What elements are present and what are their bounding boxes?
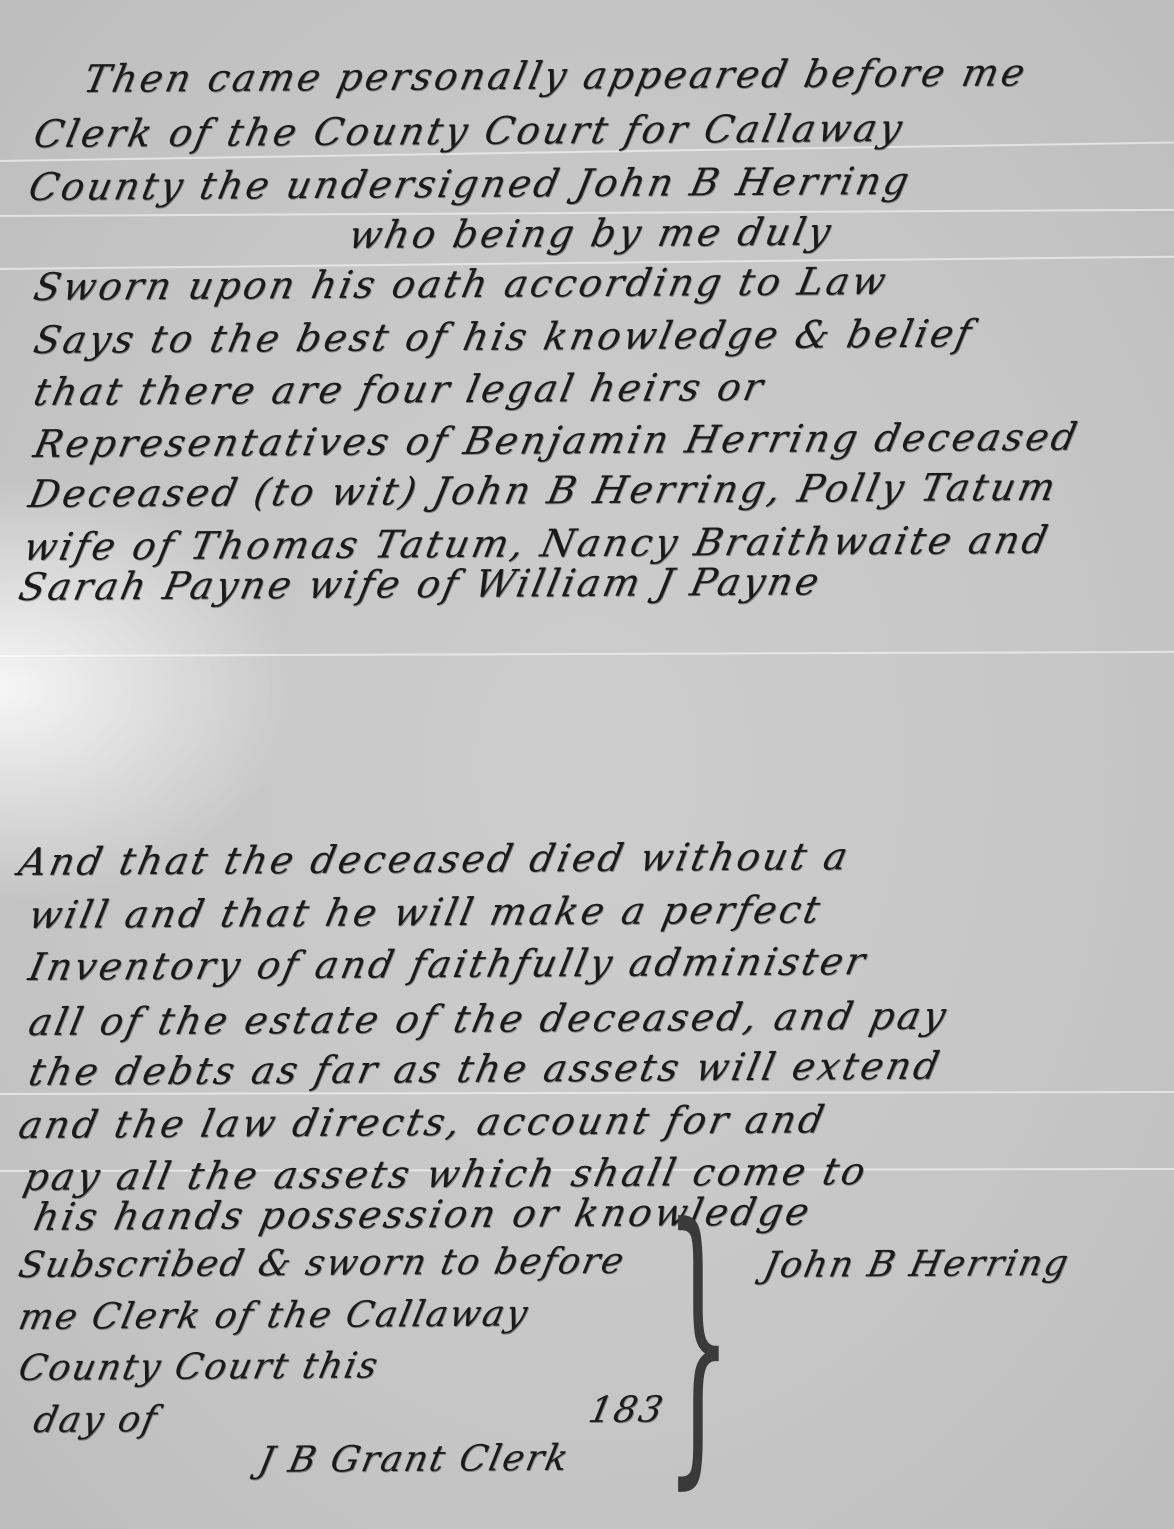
jurat-line: Subscribed & sworn to before: [15, 1241, 629, 1286]
affidavit-line: Sworn upon his oath according to Law: [30, 259, 893, 309]
affidavit-line: County the undersigned John B Herring: [25, 159, 916, 209]
affidavit-line: Representatives of Benjamin Herring dece…: [30, 415, 1084, 466]
clerk-signature: J B Grant Clerk: [255, 1438, 574, 1481]
oath-line: And that the deceased died without a: [15, 834, 854, 884]
document-page: Then came personally appeared before me …: [0, 0, 1174, 1529]
paper-streak: [0, 651, 1174, 657]
oath-line: all of the estate of the deceased, and p…: [25, 994, 953, 1044]
bracket-mark: }: [665, 1190, 732, 1490]
affiant-signature: John B Herring: [760, 1243, 1074, 1286]
affidavit-line: that there are four legal heirs or: [30, 365, 770, 414]
oath-line: and the law directs, account for and: [15, 1097, 831, 1147]
affidavit-line: Sarah Payne wife of William J Payne: [15, 559, 826, 609]
jurat-line: day of: [30, 1399, 162, 1441]
oath-line: the debts as far as the assets will exte…: [25, 1044, 946, 1094]
oath-line: Inventory of and faithfully administer: [25, 939, 872, 989]
affidavit-line: Says to the best of his knowledge & beli…: [30, 311, 978, 362]
affidavit-line: who being by me duly: [345, 210, 837, 257]
jurat-line: County Court this: [15, 1345, 383, 1389]
affidavit-line: Then came personally appeared before me: [80, 50, 1032, 101]
affidavit-line: Deceased (to wit) John B Herring, Polly …: [25, 465, 1062, 516]
jurat-line: me Clerk of the Callaway: [15, 1293, 533, 1338]
oath-line: will and that he will make a perfect: [25, 887, 827, 937]
affidavit-line: Clerk of the County Court for Callaway: [30, 106, 909, 156]
jurat-year: 183: [585, 1389, 668, 1431]
